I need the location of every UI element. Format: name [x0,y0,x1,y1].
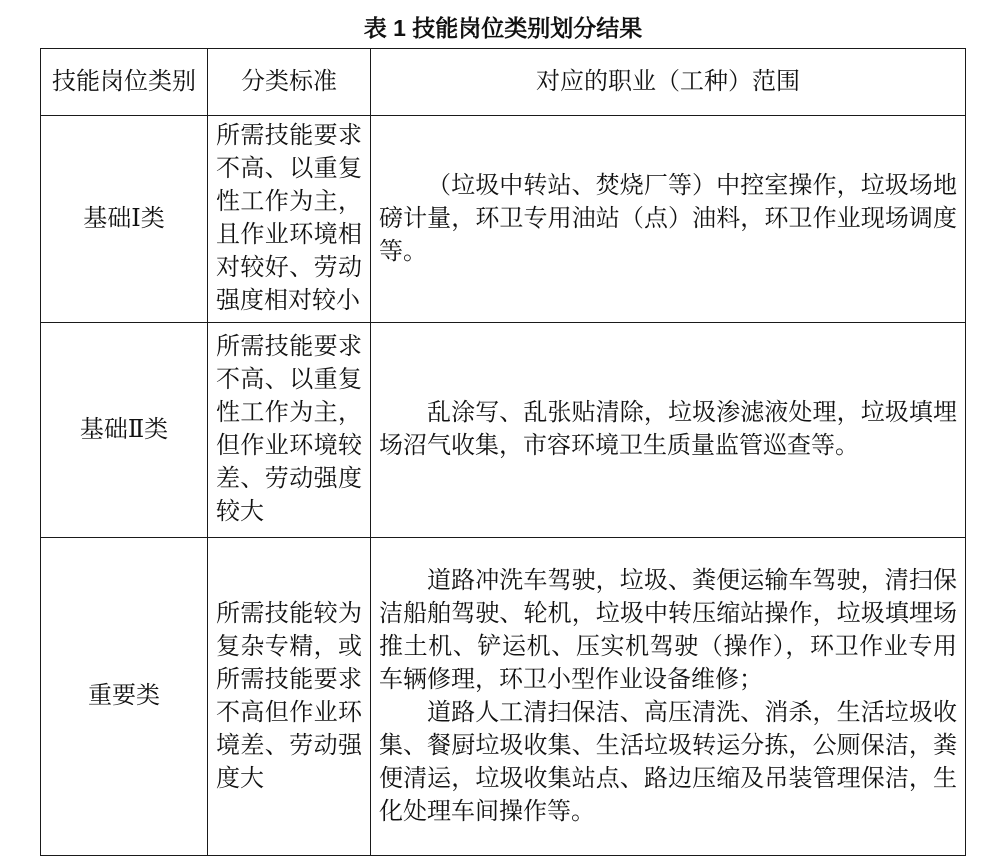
table-row-important: 重要类 所需技能较为复杂专精，或所需技能要求不高但作业环境差、劳动强度大 道路冲… [41,538,966,856]
category-cell: 基础Ⅱ类 [41,323,208,538]
table-row-basic-1: 基础Ⅰ类 所需技能要求不高、以重复性工作为主，且作业环境相对较好、劳动强度相对较… [41,116,966,323]
standard-cell: 所需技能要求不高、以重复性工作为主，且作业环境相对较好、劳动强度相对较小 [208,116,371,323]
header-cell-standard: 分类标准 [208,49,371,116]
scope-paragraph: （垃圾中转站、焚烧厂等）中控室操作，垃圾场地磅计量，环卫专用油站（点）油料，环卫… [379,170,957,269]
skill-category-table: 技能岗位类别 分类标准 对应的职业（工种）范围 基础Ⅰ类 所需技能要求不高、以重… [40,48,966,856]
standard-cell: 所需技能较为复杂专精，或所需技能要求不高但作业环境差、劳动强度大 [208,538,371,856]
table-row-basic-2: 基础Ⅱ类 所需技能要求不高、以重复性工作为主，但作业环境较差、劳动强度较大 乱涂… [41,323,966,538]
standard-cell: 所需技能要求不高、以重复性工作为主，但作业环境较差、劳动强度较大 [208,323,371,538]
scope-cell: （垃圾中转站、焚烧厂等）中控室操作，垃圾场地磅计量，环卫专用油站（点）油料，环卫… [371,116,966,323]
header-cell-category: 技能岗位类别 [41,49,208,116]
document-page: 表 1 技能岗位类别划分结果 技能岗位类别 分类标准 对应的职业（工种）范围 基… [0,0,1006,868]
category-cell: 重要类 [41,538,208,856]
header-cell-scope: 对应的职业（工种）范围 [371,49,966,116]
table-title: 表 1 技能岗位类别划分结果 [0,15,1006,41]
header-row: 技能岗位类别 分类标准 对应的职业（工种）范围 [41,49,966,116]
category-cell: 基础Ⅰ类 [41,116,208,323]
scope-cell: 道路冲洗车驾驶，垃圾、粪便运输车驾驶，清扫保洁船舶驾驶、轮机，垃圾中转压缩站操作… [371,538,966,856]
scope-paragraph: 乱涂写、乱张贴清除，垃圾渗滤液处理，垃圾填埋场沼气收集，市容环境卫生质量监管巡查… [379,397,957,463]
scope-paragraph: 道路人工清扫保洁、高压清洗、消杀，生活垃圾收集、餐厨垃圾收集、生活垃圾转运分拣，… [379,697,957,829]
scope-cell: 乱涂写、乱张贴清除，垃圾渗滤液处理，垃圾填埋场沼气收集，市容环境卫生质量监管巡查… [371,323,966,538]
scope-paragraph: 道路冲洗车驾驶，垃圾、粪便运输车驾驶，清扫保洁船舶驾驶、轮机，垃圾中转压缩站操作… [379,565,957,697]
